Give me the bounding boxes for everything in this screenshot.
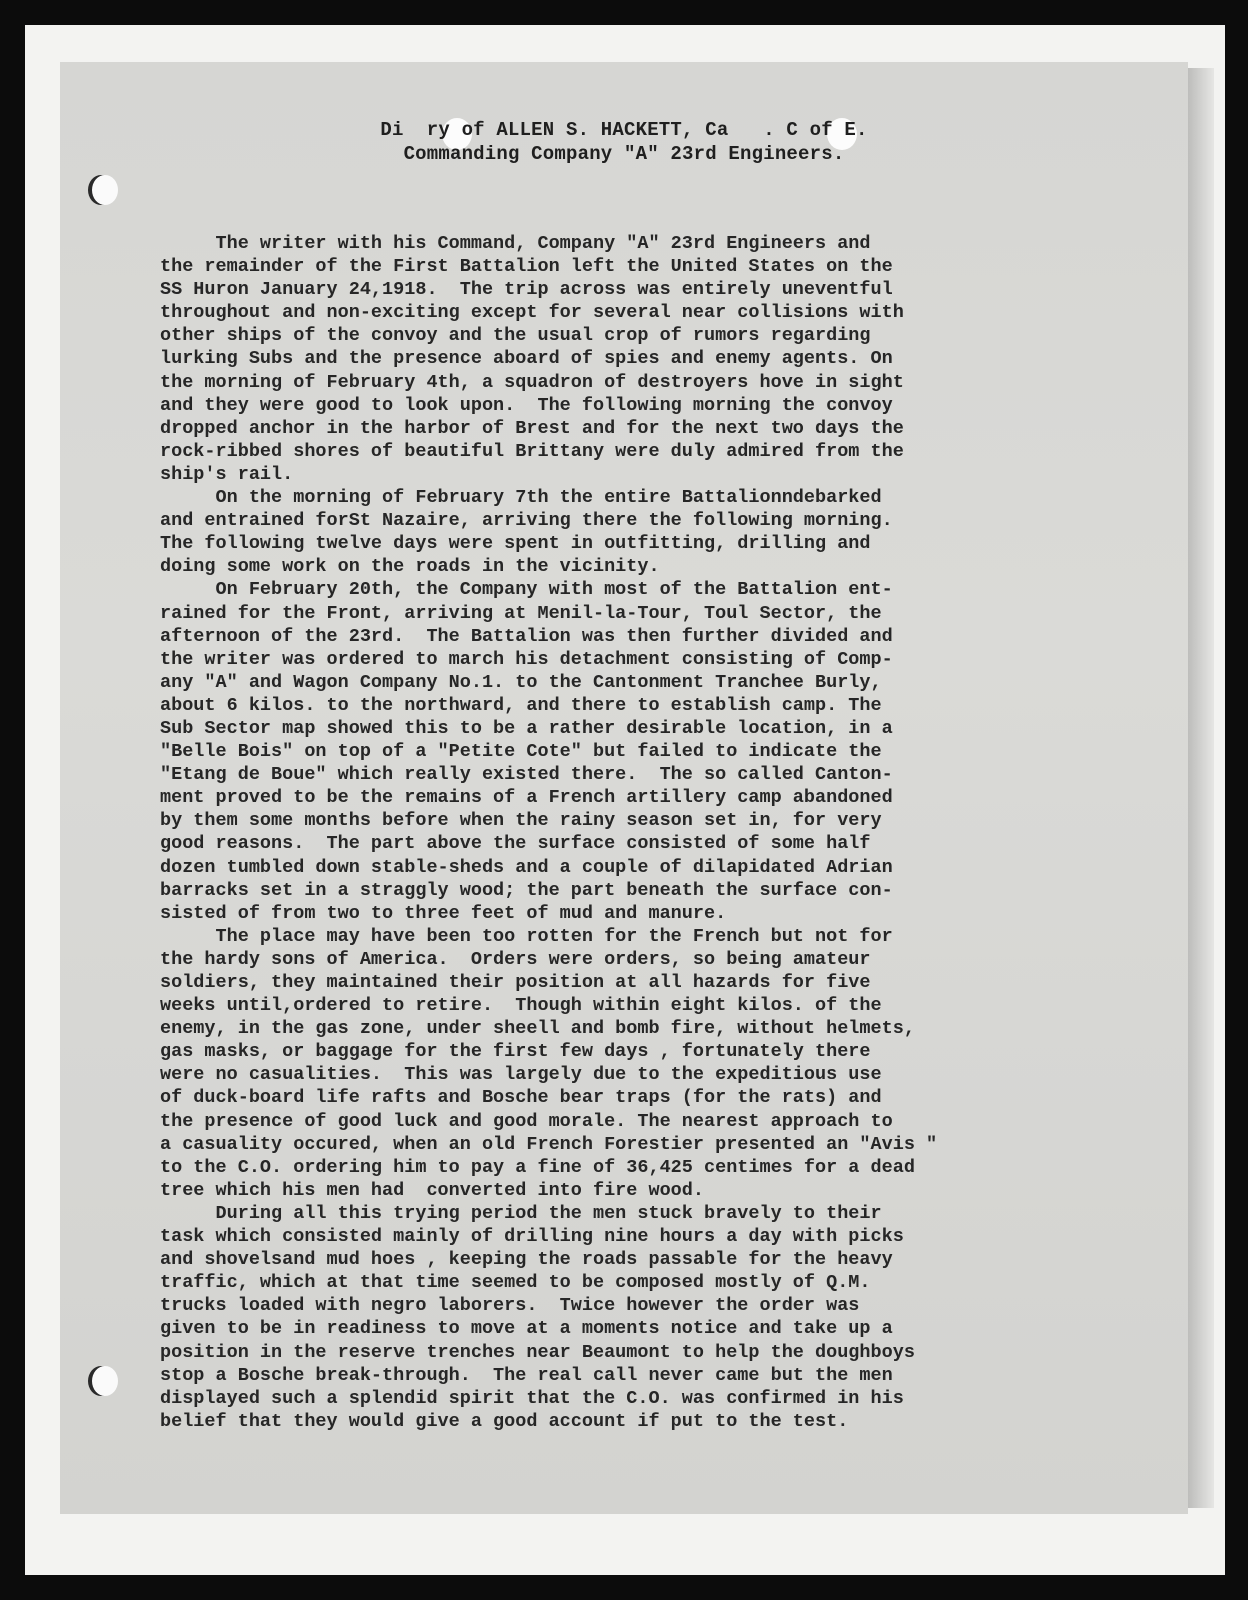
document-heading: Di ry of ALLEN S. HACKETT, Ca . C of E. … xyxy=(60,118,1188,166)
text-line: afternoon of the 23rd. The Battalion was… xyxy=(160,625,1110,648)
text-line: rained for the Front, arriving at Menil-… xyxy=(160,602,1110,625)
text-line: rock-ribbed shores of beautiful Brittany… xyxy=(160,440,1110,463)
text-line: belief that they would give a good accou… xyxy=(160,1410,1110,1433)
heading-title: Di ry of ALLEN S. HACKETT, Ca . C of E. xyxy=(60,118,1188,142)
text-line: given to be in readiness to move at a mo… xyxy=(160,1317,1110,1340)
punch-hole xyxy=(92,1366,118,1396)
text-line: any "A" and Wagon Company No.1. to the C… xyxy=(160,671,1110,694)
text-line: the morning of February 4th, a squadron … xyxy=(160,371,1110,394)
text-line: soldiers, they maintained their position… xyxy=(160,971,1110,994)
text-line: the writer was ordered to march his deta… xyxy=(160,648,1110,671)
text-line: gas masks, or baggage for the first few … xyxy=(160,1040,1110,1063)
text-line: stop a Bosche break-through. The real ca… xyxy=(160,1364,1110,1387)
text-line: were no casualities. This was largely du… xyxy=(160,1063,1110,1086)
text-line: position in the reserve trenches near Be… xyxy=(160,1341,1110,1364)
text-line: enemy, in the gas zone, under sheell and… xyxy=(160,1017,1110,1040)
text-line: displayed such a splendid spirit that th… xyxy=(160,1387,1110,1410)
text-line: On the morning of February 7th the entir… xyxy=(160,486,1110,509)
text-line: task which consisted mainly of drilling … xyxy=(160,1225,1110,1248)
text-line: ship's rail. xyxy=(160,463,1110,486)
text-line: lurking Subs and the presence aboard of … xyxy=(160,347,1110,370)
text-line: the hardy sons of America. Orders were o… xyxy=(160,948,1110,971)
typed-page: Di ry of ALLEN S. HACKETT, Ca . C of E. … xyxy=(60,62,1188,1514)
text-line: The following twelve days were spent in … xyxy=(160,532,1110,555)
text-line: doing some work on the roads in the vici… xyxy=(160,555,1110,578)
text-line: During all this trying period the men st… xyxy=(160,1202,1110,1225)
text-line: by them some months before when the rain… xyxy=(160,809,1110,832)
diary-body: The writer with his Command, Company "A"… xyxy=(160,232,1110,1433)
text-line: about 6 kilos. to the northward, and the… xyxy=(160,694,1110,717)
punch-hole xyxy=(92,175,118,205)
text-line: the presence of good luck and good moral… xyxy=(160,1110,1110,1133)
text-line: ment proved to be the remains of a Frenc… xyxy=(160,786,1110,809)
text-line: to the C.O. ordering him to pay a fine o… xyxy=(160,1156,1110,1179)
text-line: weeks until,ordered to retire. Though wi… xyxy=(160,994,1110,1017)
text-line: the remainder of the First Battalion lef… xyxy=(160,255,1110,278)
text-line: "Belle Bois" on top of a "Petite Cote" b… xyxy=(160,740,1110,763)
text-line: traffic, which at that time seemed to be… xyxy=(160,1271,1110,1294)
text-line: SS Huron January 24,1918. The trip acros… xyxy=(160,278,1110,301)
text-line: good reasons. The part above the surface… xyxy=(160,832,1110,855)
text-line: barracks set in a straggly wood; the par… xyxy=(160,879,1110,902)
page-shadow xyxy=(1188,68,1214,1508)
text-line: of duck-board life rafts and Bosche bear… xyxy=(160,1086,1110,1109)
heading-subtitle: Commanding Company "A" 23rd Engineers. xyxy=(60,142,1188,166)
text-line: tree which his men had converted into fi… xyxy=(160,1179,1110,1202)
text-line: Sub Sector map showed this to be a rathe… xyxy=(160,717,1110,740)
text-line: other ships of the convoy and the usual … xyxy=(160,324,1110,347)
text-line: a casuality occured, when an old French … xyxy=(160,1133,1110,1156)
text-line: The place may have been too rotten for t… xyxy=(160,925,1110,948)
text-line: dropped anchor in the harbor of Brest an… xyxy=(160,417,1110,440)
text-line: dozen tumbled down stable-sheds and a co… xyxy=(160,856,1110,879)
text-line: On February 20th, the Company with most … xyxy=(160,578,1110,601)
text-line: and they were good to look upon. The fol… xyxy=(160,394,1110,417)
text-line: "Etang de Boue" which really existed the… xyxy=(160,763,1110,786)
text-line: sisted of from two to three feet of mud … xyxy=(160,902,1110,925)
text-line: The writer with his Command, Company "A"… xyxy=(160,232,1110,255)
text-line: throughout and non-exciting except for s… xyxy=(160,301,1110,324)
text-line: and shovelsand mud hoes , keeping the ro… xyxy=(160,1248,1110,1271)
text-line: and entrained forSt Nazaire, arriving th… xyxy=(160,509,1110,532)
text-line: trucks loaded with negro laborers. Twice… xyxy=(160,1294,1110,1317)
